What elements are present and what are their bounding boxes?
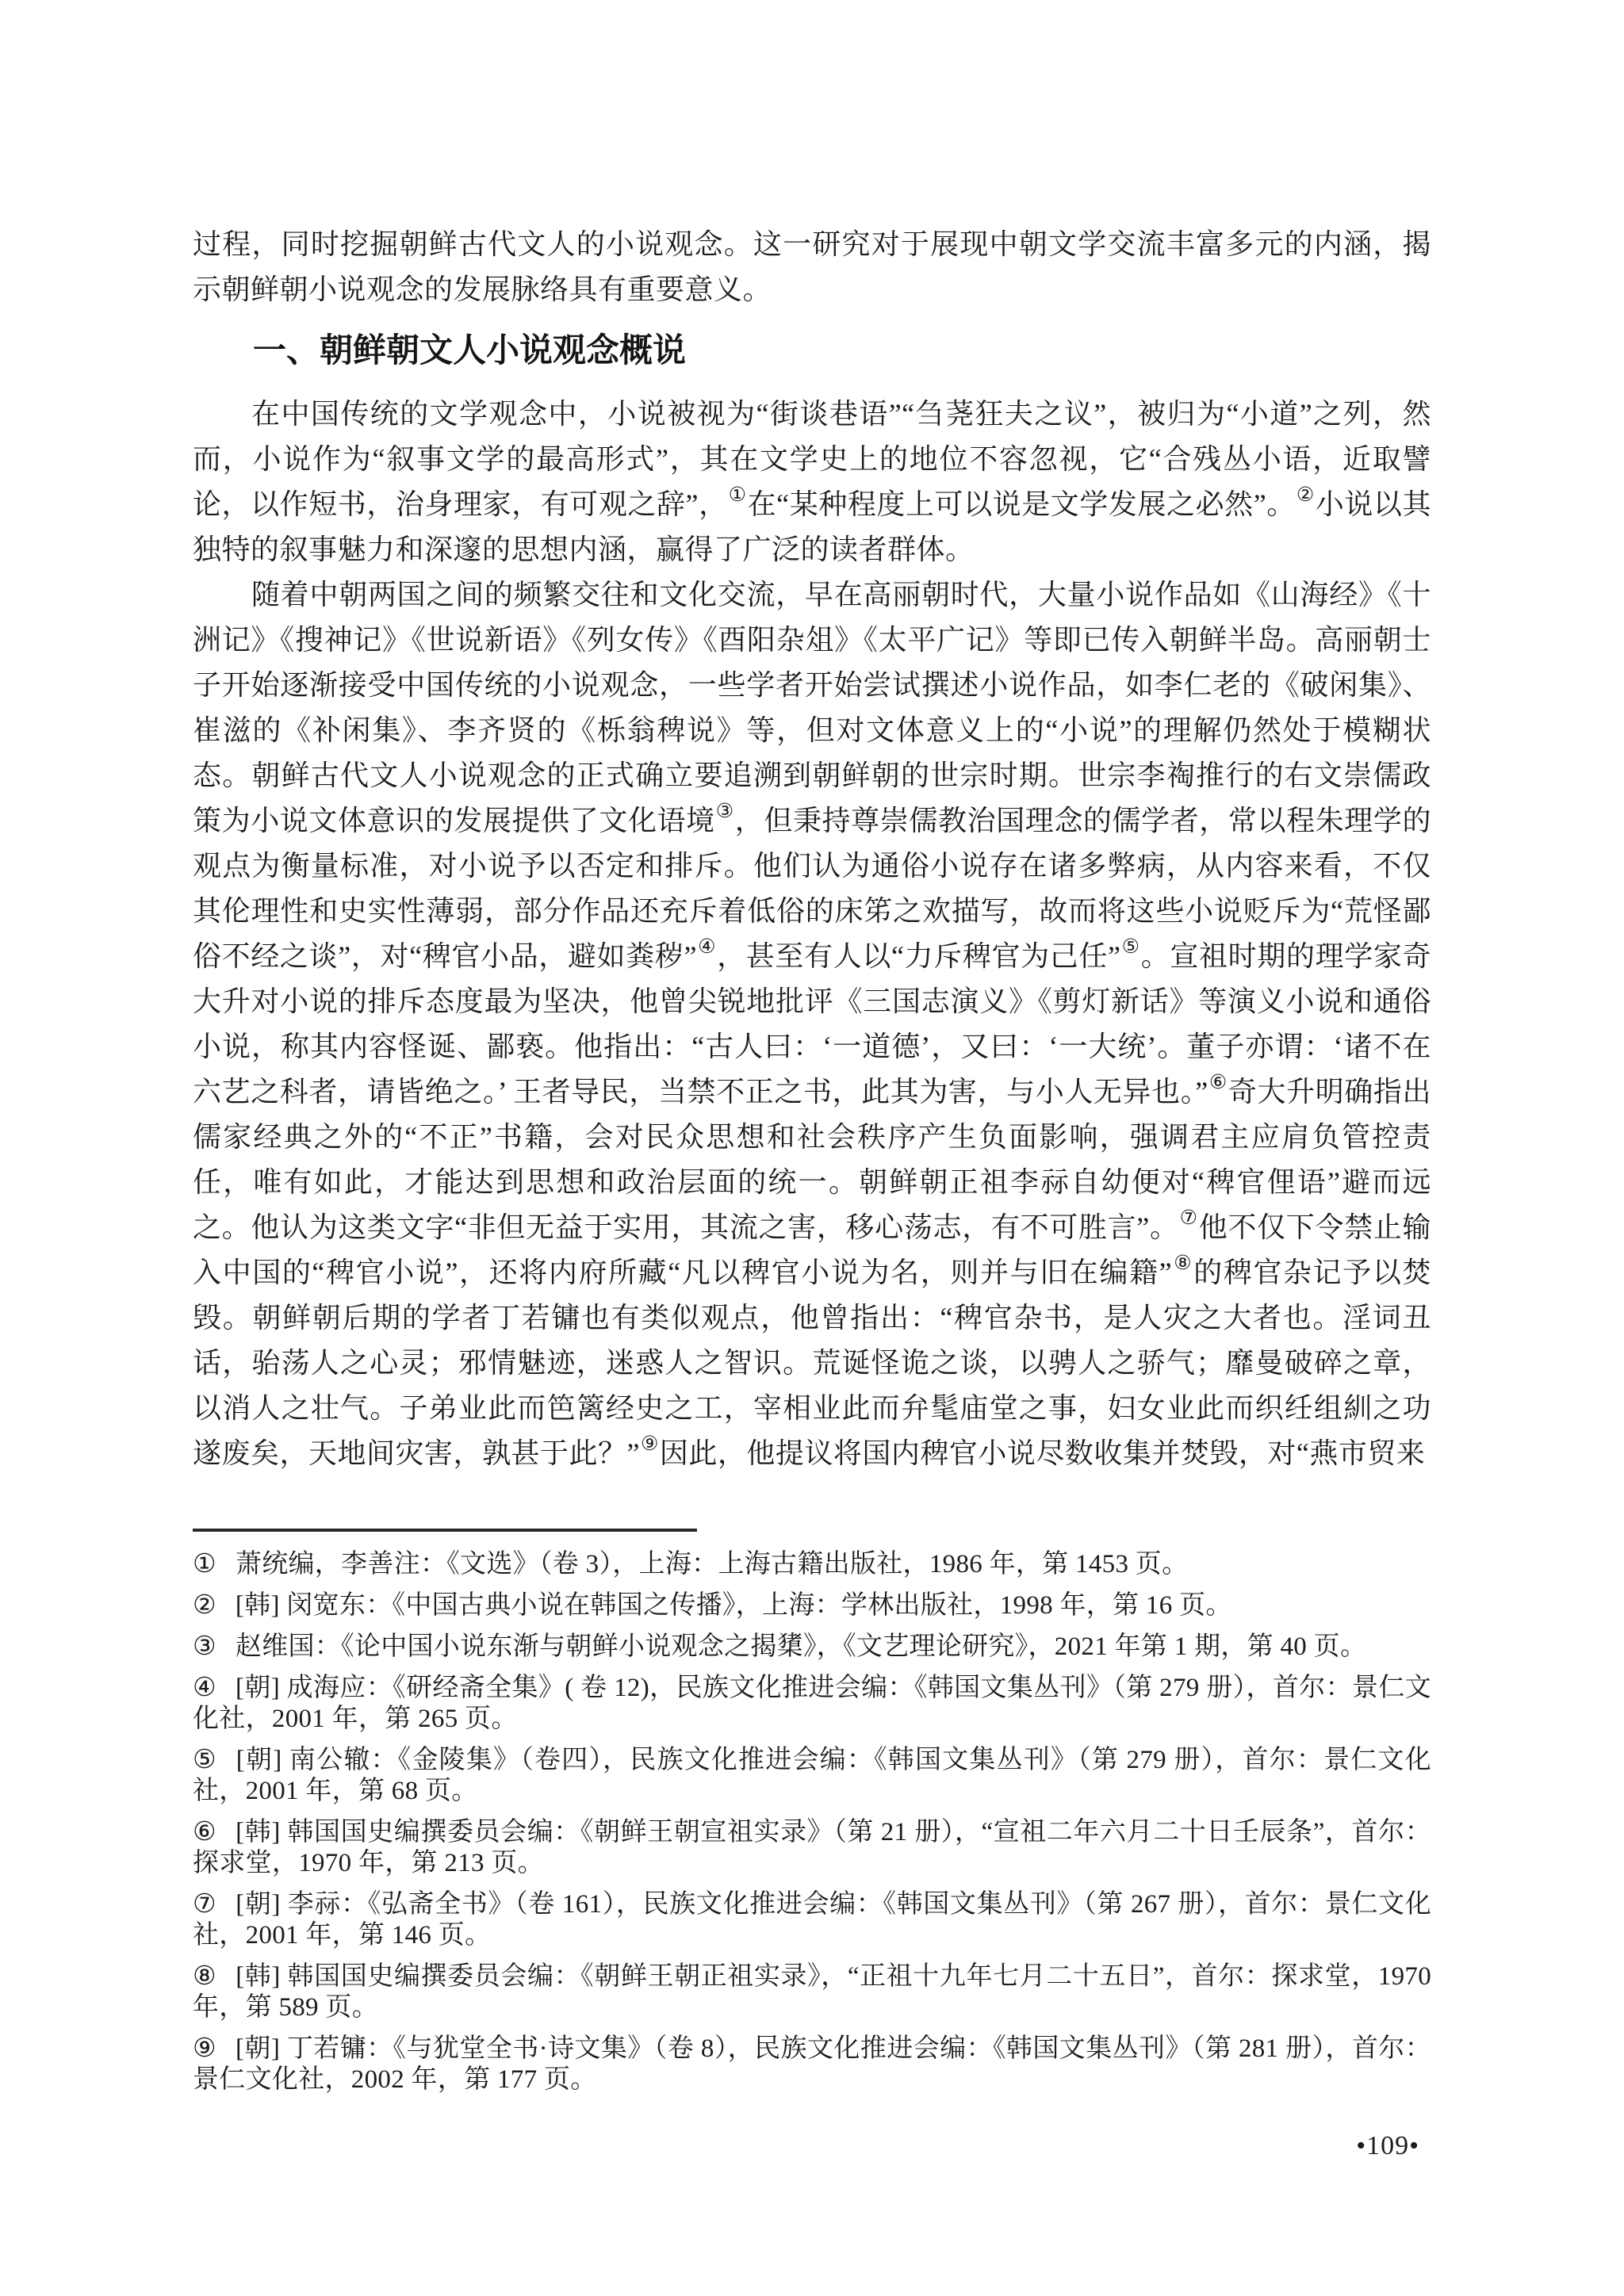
footnote-6: ⑥[韩] 韩国国史编撰委员会编：《朝鲜王朝宣祖实录》（第 21 册），“宣祖二年… <box>193 1817 1431 1879</box>
section-heading: 一、朝鲜朝文人小说观念概说 <box>193 330 1431 371</box>
footnote-4-marker: ④ <box>193 1674 216 1702</box>
footnote-reference: ⑤ <box>1122 936 1140 958</box>
footnote-2-text: [韩] 闵宽东：《中国古典小说在韩国之传播》，上海：学林出版社，1998 年，第… <box>236 1591 1232 1620</box>
page-number: •109• <box>1356 2131 1419 2161</box>
footnote-8-marker: ⑧ <box>193 1962 216 1991</box>
footnote-4-text: [朝] 成海应：《研经斋全集》( 卷 12)，民族文化推进会编：《韩国文集丛刊》… <box>193 1674 1431 1733</box>
footnote-9: ⑨[朝] 丁若镛：《与犹堂全书·诗文集》（卷 8），民族文化推进会编：《韩国文集… <box>193 2034 1431 2095</box>
footnote-reference: ⑦ <box>1180 1207 1198 1229</box>
footnote-8-text: [韩] 韩国国史编撰委员会编：《朝鲜王朝正祖实录》，“正祖十九年七月二十五日”，… <box>193 1962 1431 2022</box>
footnote-5-marker: ⑤ <box>193 1746 217 1774</box>
footnote-9-text: [朝] 丁若镛：《与犹堂全书·诗文集》（卷 8），民族文化推进会编：《韩国文集丛… <box>193 2034 1431 2094</box>
page-body-text: 过程，同时挖掘朝鲜古代文人的小说观念。这一研究对于展现中朝文学交流丰富多元的内涵… <box>193 222 1431 1476</box>
footnote-reference: ⑨ <box>641 1433 659 1455</box>
document-page: 过程，同时挖掘朝鲜古代文人的小说观念。这一研究对于展现中朝文学交流丰富多元的内涵… <box>0 0 1624 2296</box>
footnote-7-text: [朝] 李祘：《弘斋全书》（卷 161），民族文化推进会编：《韩国文集丛刊》（第… <box>193 1890 1431 1950</box>
footnote-1: ①萧统编，李善注：《文选》（卷 3），上海：上海古籍出版社，1986 年，第 1… <box>193 1549 1431 1580</box>
footnote-reference: ⑧ <box>1173 1253 1193 1274</box>
footnote-9-marker: ⑨ <box>193 2034 216 2063</box>
footnotes-section: ①萧统编，李善注：《文选》（卷 3），上海：上海古籍出版社，1986 年，第 1… <box>193 1529 1431 2106</box>
footnote-8: ⑧[韩] 韩国国史编撰委员会编：《朝鲜王朝正祖实录》，“正祖十九年七月二十五日”… <box>193 1961 1431 2023</box>
footnote-5: ⑤[朝] 南公辙：《金陵集》（卷四），民族文化推进会编：《韩国文集丛刊》（第 2… <box>193 1745 1431 1807</box>
footnote-reference: ③ <box>716 801 734 822</box>
footnote-1-text: 萧统编，李善注：《文选》（卷 3），上海：上海古籍出版社，1986 年，第 14… <box>236 1550 1189 1578</box>
footnote-2: ②[韩] 闵宽东：《中国古典小说在韩国之传播》，上海：学林出版社，1998 年，… <box>193 1590 1431 1621</box>
footnote-reference: ① <box>729 484 747 506</box>
footnote-7-marker: ⑦ <box>193 1890 216 1919</box>
footnote-separator-rule <box>193 1529 697 1532</box>
footnote-2-marker: ② <box>193 1591 216 1620</box>
footnote-3-marker: ③ <box>193 1632 216 1661</box>
footnote-3: ③赵维国：《论中国小说东渐与朝鲜小说观念之揭橥》，《文艺理论研究》，2021 年… <box>193 1632 1431 1663</box>
footnote-4: ④[朝] 成海应：《研经斋全集》( 卷 12)，民族文化推进会编：《韩国文集丛刊… <box>193 1673 1431 1735</box>
paragraph-2: 随着中朝两国之间的频繁交往和文化交流，早在高丽朝时代，大量小说作品如《山海经》《… <box>193 572 1431 1476</box>
footnote-7: ⑦[朝] 李祘：《弘斋全书》（卷 161），民族文化推进会编：《韩国文集丛刊》（… <box>193 1889 1431 1951</box>
continuation-paragraph: 过程，同时挖掘朝鲜古代文人的小说观念。这一研究对于展现中朝文学交流丰富多元的内涵… <box>193 222 1431 312</box>
footnote-6-text: [韩] 韩国国史编撰委员会编：《朝鲜王朝宣祖实录》（第 21 册），“宣祖二年六… <box>193 1818 1431 1877</box>
paragraph-1: 在中国传统的文学观念中，小说被视为“街谈巷语”“刍荛狂夫之议”，被归为“小道”之… <box>193 392 1431 572</box>
footnote-reference: ④ <box>698 936 716 958</box>
footnote-reference: ② <box>1297 484 1315 506</box>
footnote-1-marker: ① <box>193 1550 216 1578</box>
footnote-reference: ⑥ <box>1209 1072 1228 1093</box>
footnote-3-text: 赵维国：《论中国小说东渐与朝鲜小说观念之揭橥》，《文艺理论研究》，2021 年第… <box>236 1632 1366 1661</box>
footnote-6-marker: ⑥ <box>193 1818 216 1846</box>
footnote-5-text: [朝] 南公辙：《金陵集》（卷四），民族文化推进会编：《韩国文集丛刊》（第 27… <box>193 1746 1431 1805</box>
